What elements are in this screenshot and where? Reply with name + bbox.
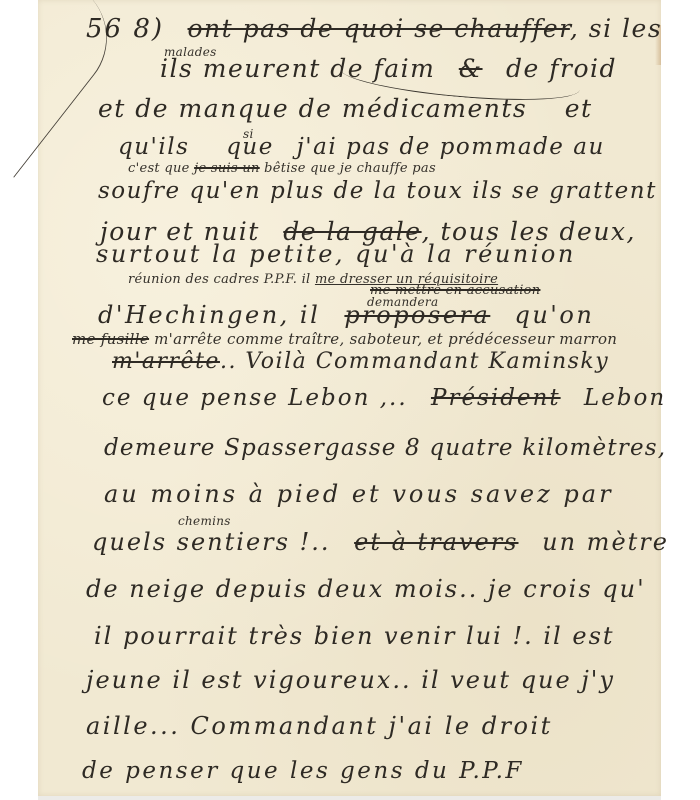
text-segment: d'Hechingen, il xyxy=(98,301,320,329)
interlinear-insertion-line: c'est que je suis un bêtise que je chauf… xyxy=(128,161,436,176)
line-13: demeure Spassergasse 8 quatre kilomètres… xyxy=(104,435,666,461)
line-16: de neige depuis deux mois.. je crois qu' xyxy=(86,575,646,603)
text-segment: Lebon xyxy=(584,385,666,411)
text-segment: bêtise que je xyxy=(264,161,352,176)
struck-text: me fusille xyxy=(72,330,149,348)
text-segment: surtout la petite, qu'à la réunion xyxy=(96,240,576,268)
text-segment: que xyxy=(226,134,274,160)
line-17: il pourrait très bien venir lui !. il es… xyxy=(94,622,615,650)
struck-text: je suis un xyxy=(194,161,260,176)
struck-text: et à travers xyxy=(354,528,518,556)
page-bottom-edge xyxy=(38,796,661,800)
line-7: surtout la petite, qu'à la réunion xyxy=(96,240,576,268)
text-segment: un mètre xyxy=(542,528,669,556)
line-3: et de manque de médicaments et xyxy=(98,94,593,123)
text-segment: au moins à pied et vous savez par xyxy=(104,480,614,508)
line-18: jeune il est vigoureux.. il veut que j'y xyxy=(86,666,615,694)
line-19: aille... Commandant j'ai le droit xyxy=(86,712,553,740)
text-segment: et de manque de médicaments xyxy=(98,94,527,123)
text-segment: c'est que xyxy=(128,161,190,176)
text-segment: chauffe pas xyxy=(357,161,436,176)
text-segment: soufre qu'en plus de la toux ils se grat… xyxy=(98,178,657,204)
line-20: de penser que les gens du P.P.F xyxy=(82,758,524,784)
line-9: d'Hechingen, il proposera qu'on xyxy=(98,301,594,329)
line-4: qu'ils que j'ai pas de pommade au xyxy=(118,134,605,160)
line-12: ce que pense Lebon ,.. Président Lebon xyxy=(102,385,666,411)
line-11: m'arrête.. Voilà Commandant Kaminsky xyxy=(112,349,609,374)
text-segment: aille... Commandant j'ai le droit xyxy=(86,712,553,740)
struck-text: proposera xyxy=(344,301,490,329)
line-1: 56 8) ont pas de quoi se chauffer, si le… xyxy=(86,14,662,44)
text-segment: m'arrête comme traître, saboteur, et pré… xyxy=(154,330,617,348)
text-segment: , si les xyxy=(570,14,662,43)
text-segment: ce que pense Lebon ,.. xyxy=(102,385,408,411)
text-segment: .. Voilà Commandant Kaminsky xyxy=(220,349,609,374)
text-segment: qu'on xyxy=(514,301,594,329)
text-segment: il pourrait très bien venir lui !. il es… xyxy=(94,622,615,650)
line-15: quels sentiers !.. et à travers un mètre xyxy=(92,528,669,556)
line-5: soufre qu'en plus de la toux ils se grat… xyxy=(98,178,657,204)
line-10: me fusille m'arrête comme traître, sabot… xyxy=(72,330,617,348)
struck-text: m'arrête xyxy=(112,349,220,374)
text-segment: et xyxy=(565,94,593,123)
struck-text: Président xyxy=(431,385,561,411)
struck-text: ont pas de quoi se chauffer xyxy=(188,14,570,43)
text-segment: j'ai pas de pommade au xyxy=(297,134,605,160)
text-segment: de neige depuis deux mois.. je crois qu' xyxy=(86,575,646,603)
text-segment: jeune il est vigoureux.. il veut que j'y xyxy=(86,666,615,694)
text-segment: réunion des cadres P.P.F. il xyxy=(128,272,311,287)
interlinear-insertion: chemins xyxy=(178,514,231,528)
text-segment: quels sentiers !.. xyxy=(92,528,330,556)
folio-number: 56 8) xyxy=(86,14,164,44)
text-segment: demeure Spassergasse 8 quatre kilomètres… xyxy=(104,435,666,461)
text-segment: de penser que les gens du P.P.F xyxy=(82,758,524,784)
line-14: au moins à pied et vous savez par xyxy=(104,480,614,508)
text-segment: qu'ils xyxy=(118,134,189,160)
